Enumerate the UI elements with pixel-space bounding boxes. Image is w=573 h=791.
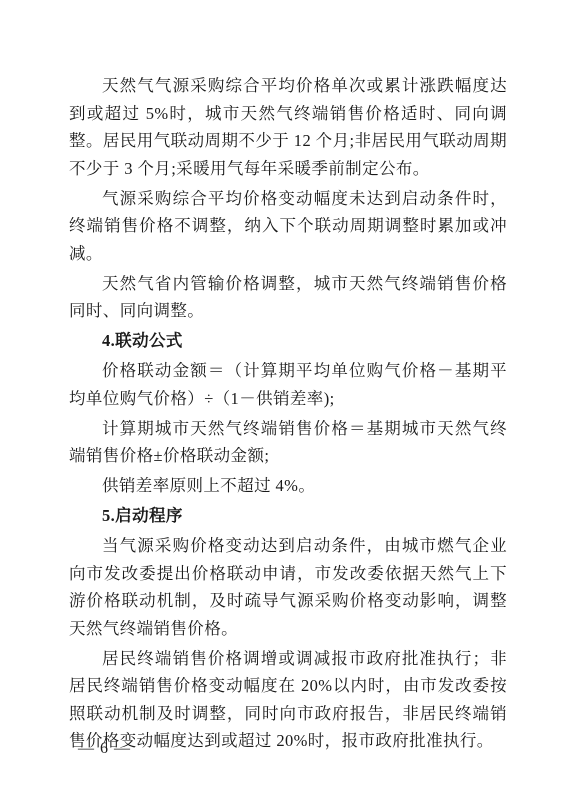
paragraph-linkage-amount-formula: 价格联动金额＝（计算期平均单位购气价格－基期平均单位购气价格）÷（1－供销差率)… [69,357,507,412]
paragraph-linkage-trigger-threshold: 天然气气源采购综合平均价格单次或累计涨跌幅度达到或超过 5%时，城市天然气终端销… [69,72,507,182]
section-heading-startup-procedure: 5.启动程序 [69,502,507,530]
paragraph-startup-application: 当气源采购价格变动达到启动条件，由城市燃气企业向市发改委提出价格联动申请，市发改… [69,532,507,642]
document-page: 天然气气源采购综合平均价格单次或累计涨跌幅度达到或超过 5%时，城市天然气终端销… [0,0,573,791]
paragraph-terminal-price-formula: 计算期城市天然气终端销售价格＝基期城市天然气终端销售价格±价格联动金额; [69,415,507,470]
paragraph-below-threshold-carryover: 气源采购综合平均价格变动幅度未达到启动条件时，终端销售价格不调整，纳入下个联动周… [69,185,507,268]
paragraph-supply-sales-margin: 供销差率原则上不超过 4%。 [69,472,507,500]
page-number: — 6 — [78,740,131,758]
paragraph-pipeline-price-adjustment: 天然气省内管输价格调整，城市天然气终端销售价格同时、同向调整。 [69,270,507,325]
document-body: 天然气气源采购综合平均价格单次或累计涨跌幅度达到或超过 5%时，城市天然气终端销… [69,72,507,755]
paragraph-approval-rules: 居民终端销售价格调增或调减报市政府批准执行；非居民终端销售价格变动幅度在 20%… [69,645,507,755]
section-heading-linkage-formula: 4.联动公式 [69,327,507,355]
